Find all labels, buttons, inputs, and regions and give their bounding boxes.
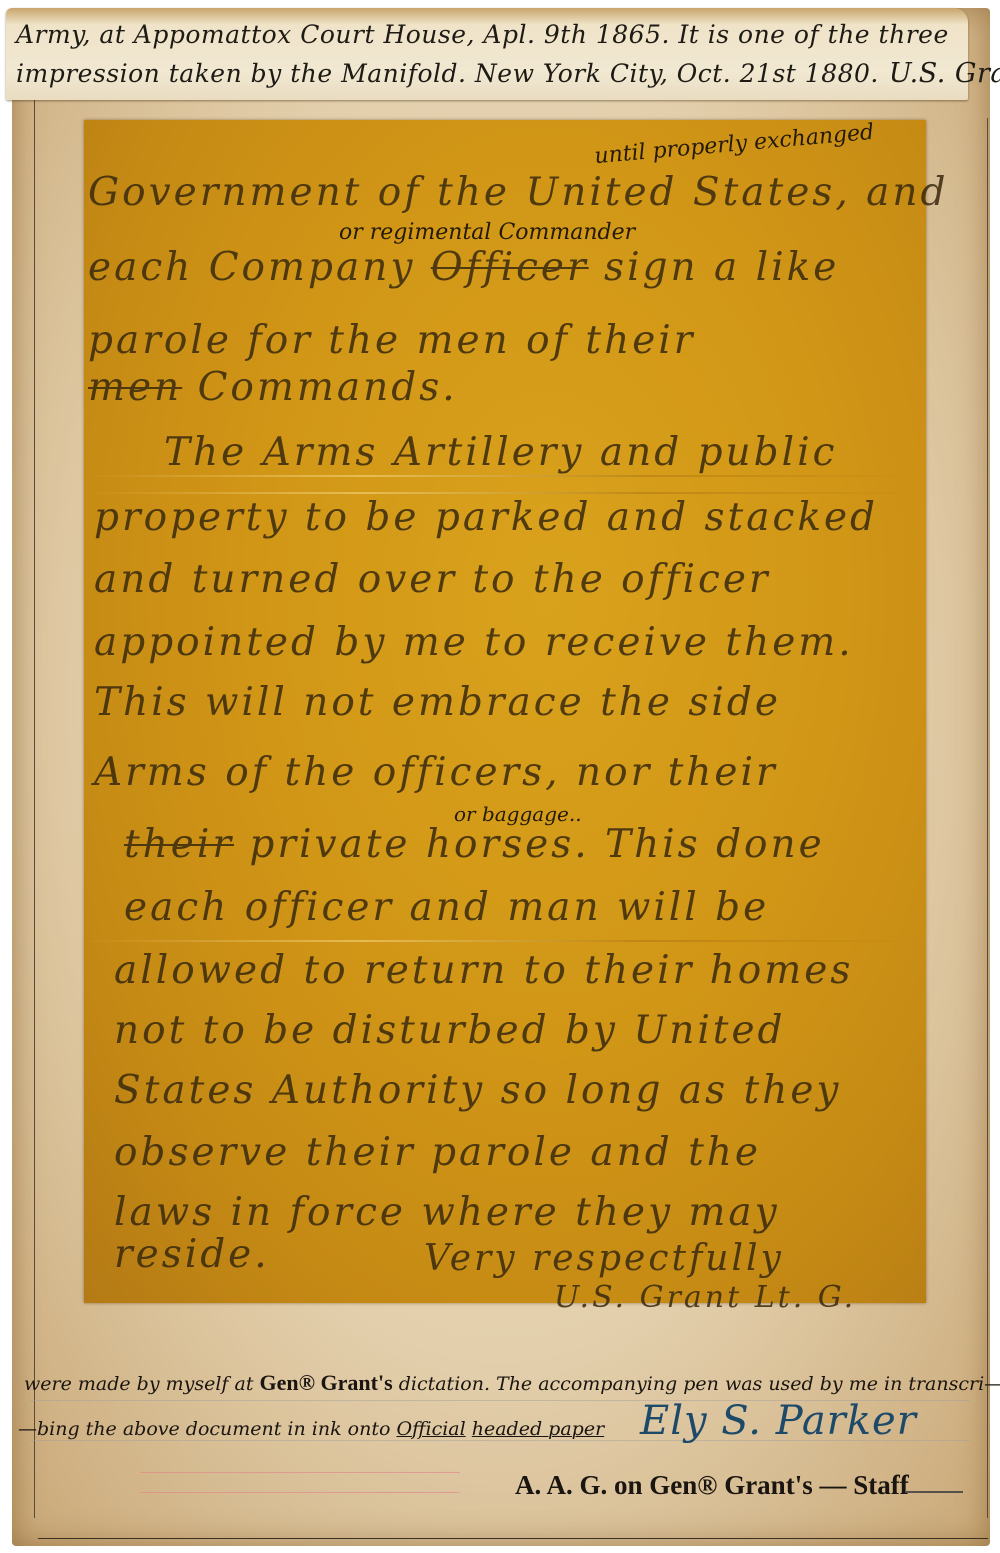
parker-endorsement-line-2: —bing the above document in ink onto Off… (18, 1418, 604, 1440)
letter-line-6: property to be parked and stacked (94, 495, 878, 540)
caption-paper: paper (542, 1418, 604, 1440)
letter-line-2: each Company Officer sign a like (88, 245, 839, 290)
letter-line-17: laws in force where they may (114, 1190, 780, 1235)
top-endorsement-strip: Army, at Appomattox Court House, Apl. 9t… (6, 8, 968, 100)
letter-line-18: reside. (114, 1232, 270, 1277)
letter-line-11: their private horses. This done (124, 822, 825, 867)
letter-line-14: not to be disturbed by United (114, 1008, 786, 1053)
caption-text: dictation. The accompanying pen was used… (393, 1373, 1000, 1395)
title-rule (905, 1491, 963, 1493)
letter-line-7: and turned over to the officer (94, 557, 771, 602)
caption-text: were made by myself at (24, 1373, 260, 1395)
letter-line-4: men Commands. (88, 365, 458, 410)
letter-line-13: allowed to return to their homes (114, 948, 853, 993)
parker-endorsement-line-1: were made by myself at Gen® Grant's dict… (24, 1370, 1000, 1396)
struck-word-men: men (88, 365, 182, 410)
ruled-line-pink (140, 1492, 460, 1493)
handwritten-letter: until properly exchanged Government of t… (84, 120, 926, 1303)
letter-line-16: observe their parole and the (114, 1130, 761, 1175)
struck-word-their: their (124, 822, 234, 867)
letter-line-15: States Authority so long as they (114, 1068, 841, 1113)
caption-official: Official (396, 1418, 465, 1440)
letter-line-8: appointed by me to receive them. (94, 620, 854, 665)
letter-line-11-b: private horses. This done (234, 822, 825, 867)
border-rule-right (987, 118, 988, 1518)
struck-word-officer: Officer (431, 245, 589, 290)
border-rule-bottom (38, 1538, 988, 1539)
ruled-line-pink (140, 1472, 460, 1473)
interlinear-regimental-commander: or regimental Commander (339, 220, 635, 245)
caption-gen-grants: Gen® Grant's (260, 1370, 393, 1395)
top-endorsement-line-2-text: impression taken by the Manifold. New Yo… (16, 59, 879, 88)
top-endorsement-line-1: Army, at Appomattox Court House, Apl. 9t… (16, 20, 949, 49)
letter-line-2-a: each Company (88, 245, 431, 290)
aag-title: A. A. G. on Gen® Grant's — Staff (515, 1470, 909, 1501)
letter-line-3: parole for the men of their (88, 318, 695, 363)
ely-parker-signature: Ely S. Parker (640, 1398, 917, 1444)
letter-line-1: Government of the United States, and (88, 170, 948, 215)
letter-line-5: The Arms Artillery and public (164, 430, 837, 475)
caption-text: —bing the above document in ink onto (18, 1418, 396, 1440)
letter-line-10: Arms of the officers, nor their (94, 750, 778, 795)
paper-crease (84, 940, 926, 942)
letter-line-9: This will not embrace the side (94, 680, 781, 725)
caption-headed: headed (472, 1418, 542, 1440)
closing-very-respectfully: Very respectfully (424, 1238, 784, 1279)
grant-signature-letter: U.S. Grant Lt. G. (554, 1280, 856, 1315)
interlinear-until-exchanged: until properly exchanged (593, 120, 875, 169)
letter-line-12: each officer and man will be (124, 885, 769, 930)
letter-line-4-b: Commands. (182, 365, 457, 410)
letter-line-2-b: sign a like (589, 245, 840, 290)
paper-crease (84, 475, 926, 477)
paper-crease (84, 492, 926, 494)
top-endorsement-line-2: impression taken by the Manifold. New Yo… (16, 58, 1000, 89)
grant-signature-top: U.S. Grant (889, 58, 1000, 89)
border-rule-left (34, 98, 35, 1518)
